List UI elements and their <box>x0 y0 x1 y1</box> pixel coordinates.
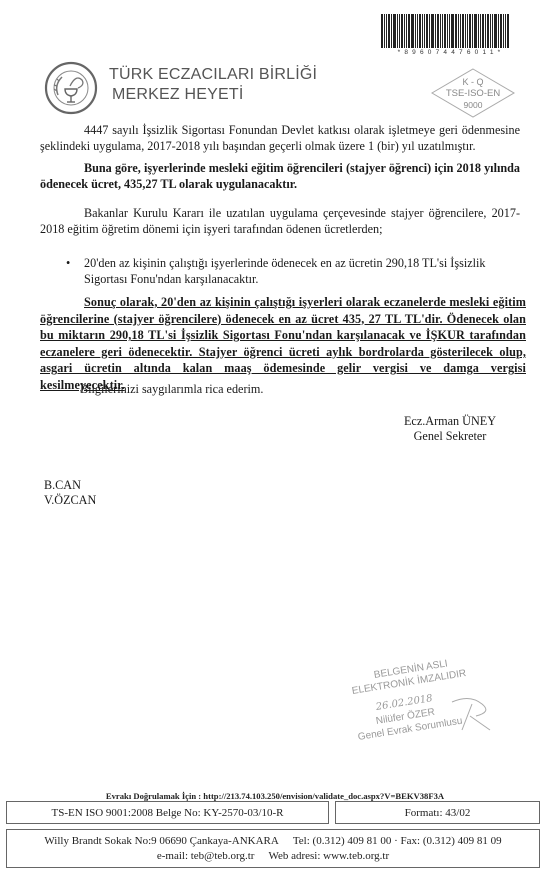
contact-box: Willy Brandt Sokak No:9 06690 Çankaya-AN… <box>6 829 540 868</box>
electronic-signature-stamp: BELGENİN ASLI ELEKTRONİK İMZALIDIR 26.02… <box>340 660 500 750</box>
signature-scribble-icon <box>448 694 496 734</box>
teb-logo-icon <box>44 61 98 115</box>
badge-line-3: 9000 <box>430 100 516 110</box>
paragraph-wage: Buna göre, işyerlerinde mesleki eğitim ö… <box>40 160 520 192</box>
initial: V.ÖZCAN <box>44 493 96 508</box>
tse-certification-badge: K - Q TSE-ISO-EN 9000 <box>430 68 516 118</box>
phone-fax: Tel: (0.312) 409 81 00 · Fax: (0.312) 40… <box>293 835 502 847</box>
paragraph-decision-text: Bakanlar Kurulu Kararı ile uzatılan uygu… <box>40 206 520 236</box>
paragraph-extension-text: 4447 sayılı İşsizlik Sigortası Fonundan … <box>40 123 520 153</box>
bullet-icon: • <box>66 255 70 271</box>
signature-block: Ecz.Arman ÜNEY Genel Sekreter <box>380 414 520 444</box>
organization-subtitle: MERKEZ HEYETİ <box>112 86 244 104</box>
paragraph-conclusion-text: Sonuç olarak, 20'den az kişinin çalıştığ… <box>40 295 526 392</box>
closing-remark: Bilgilerinizi saygılarımla rica ederim. <box>80 382 263 397</box>
format-text: Formatı: 43/02 <box>405 807 471 819</box>
paragraph-decision: Bakanlar Kurulu Kararı ile uzatılan uygu… <box>40 205 520 237</box>
signer-title: Genel Sekreter <box>380 429 520 444</box>
email-link[interactable]: e-mail: teb@teb.org.tr <box>157 850 255 862</box>
address: Willy Brandt Sokak No:9 06690 Çankaya-AN… <box>44 835 279 847</box>
iso-certificate-box: TS-EN ISO 9001:2008 Belge No: KY-2570-03… <box>6 801 329 824</box>
paragraph-wage-text: Buna göre, işyerlerinde mesleki eğitim ö… <box>40 161 520 191</box>
barcode-number: *896074476011* <box>378 49 524 56</box>
barcode <box>381 14 519 48</box>
document-verification-link[interactable]: Evrakı Doğrulamak İçin : http://213.74.1… <box>0 791 550 801</box>
initial: B.CAN <box>44 478 96 493</box>
paragraph-extension: 4447 sayılı İşsizlik Sigortası Fonundan … <box>40 122 520 154</box>
signer-name: Ecz.Arman ÜNEY <box>380 414 520 429</box>
format-box: Formatı: 43/02 <box>335 801 540 824</box>
badge-line-1: K - Q <box>430 77 516 87</box>
organization-name: TÜRK ECZACILARI BİRLİĞİ <box>109 66 317 84</box>
list-item: 20'den az kişinin çalıştığı işyerlerinde… <box>84 255 504 287</box>
iso-certificate-text: TS-EN ISO 9001:2008 Belge No: KY-2570-03… <box>52 807 284 819</box>
paragraph-conclusion: Sonuç olarak, 20'den az kişinin çalıştığ… <box>40 294 526 394</box>
initials-block: B.CAN V.ÖZCAN <box>44 478 96 508</box>
web-link[interactable]: Web adresi: www.teb.org.tr <box>268 850 389 862</box>
badge-line-2: TSE-ISO-EN <box>430 88 516 99</box>
